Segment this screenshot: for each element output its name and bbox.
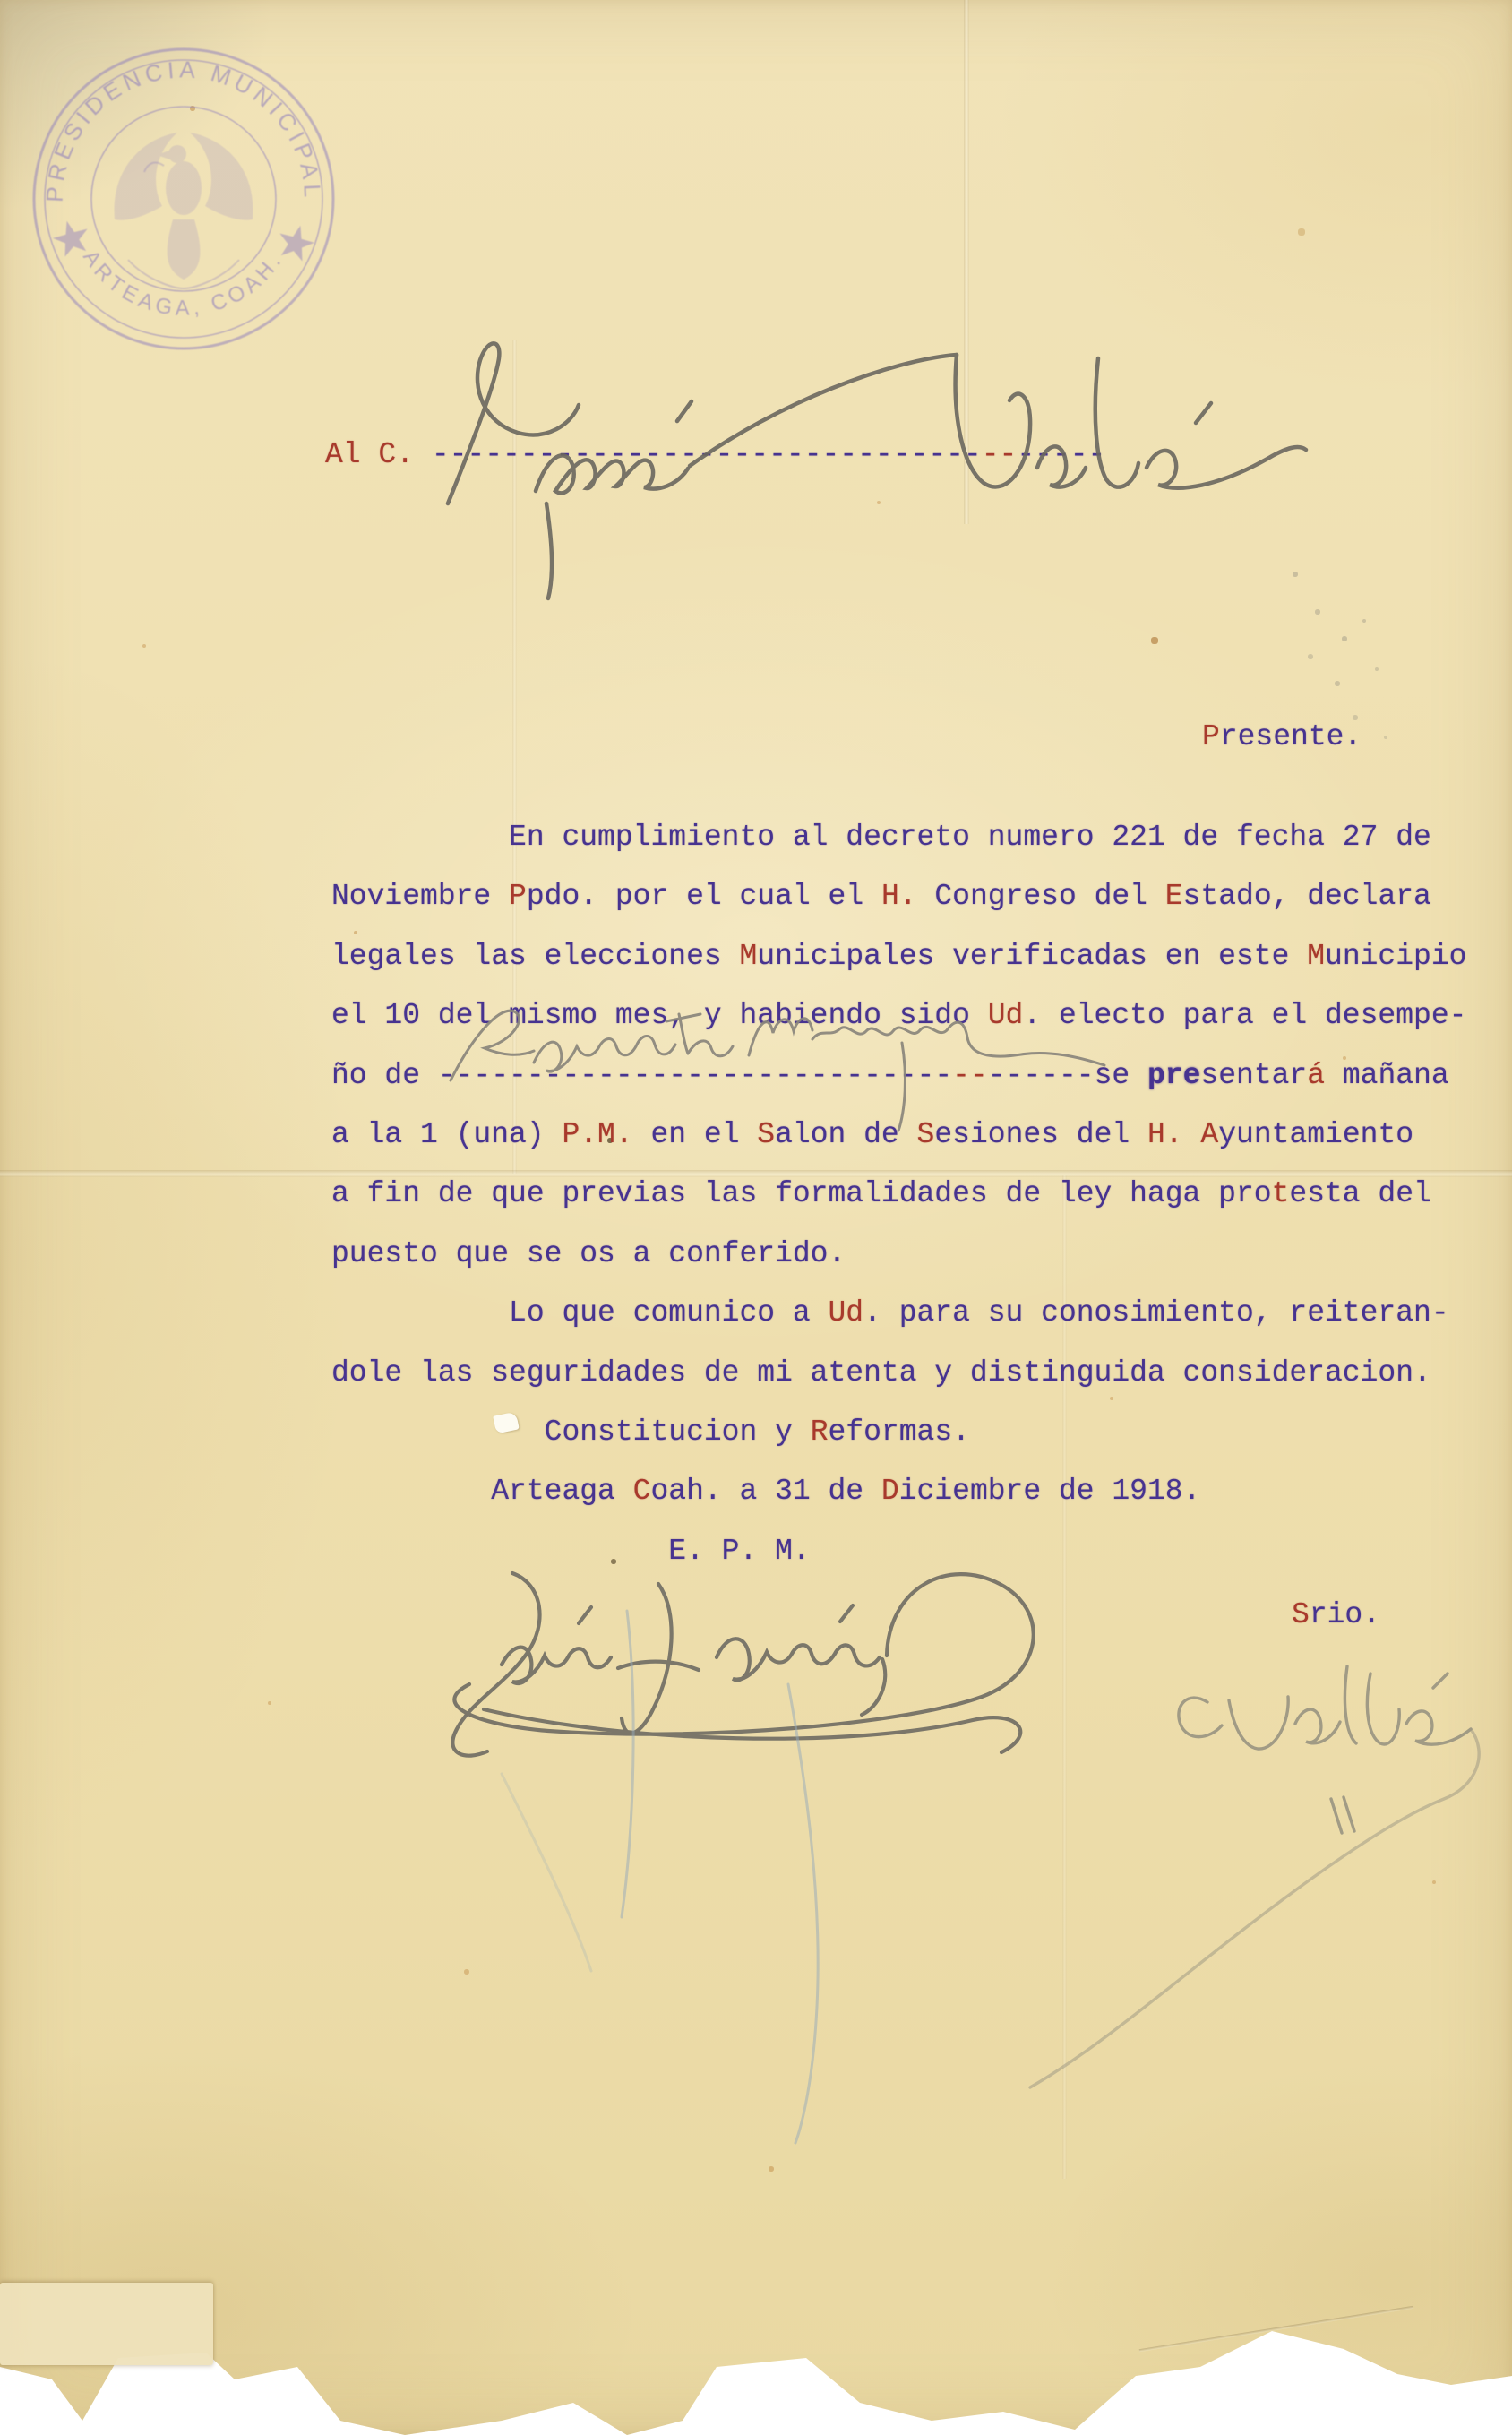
scanned-letter-page: PRESIDENCIA MUNICIPAL ARTEAGA, COAH. Al …: [0, 0, 1512, 2435]
salutation-presente: Presente.: [1202, 715, 1362, 760]
typed-line-blank-insert: ño de ----------------------------------…: [331, 1046, 1505, 1106]
letter-body: En cumplimiento al decreto numero 221 de…: [331, 808, 1505, 1581]
typed-line: dole las seguridades de mi atenta y dist…: [331, 1344, 1505, 1403]
typed-line: el 10 del mismo mes, y habiendo sido Ud.…: [331, 986, 1505, 1045]
recipient-line: Al C. ----------------------------------…: [325, 428, 1105, 482]
typed-line: a fin de que previas las formalidades de…: [331, 1165, 1505, 1224]
typed-line-dateline: Arteaga Coah. a 31 de Diciembre de 1918.: [331, 1462, 1505, 1521]
seal-eagle-emblem: [115, 133, 253, 280]
secretary-title: Srio.: [1292, 1593, 1380, 1638]
typed-line: Lo que comunico a Ud. para su conosimien…: [331, 1284, 1505, 1343]
paper-specks: [0, 0, 2, 2]
typed-line: En cumplimiento al decreto numero 221 de…: [331, 808, 1505, 867]
typed-line: puesto que se os a conferido.: [331, 1225, 1505, 1284]
municipal-seal-stamp: PRESIDENCIA MUNICIPAL ARTEAGA, COAH.: [30, 45, 343, 358]
typed-line: legales las elecciones Municipales verif…: [331, 927, 1505, 986]
typed-line: Noviembre Ppdo. por el cual el H. Congre…: [331, 867, 1505, 926]
typed-line-epm: E. P. M.: [331, 1522, 1505, 1581]
repair-patch: [0, 2283, 213, 2365]
typed-line-motto: Constitucion y Reformas.: [331, 1403, 1505, 1462]
typed-line: a la 1 (una) P.M. en el Salon de Sesione…: [331, 1106, 1505, 1165]
